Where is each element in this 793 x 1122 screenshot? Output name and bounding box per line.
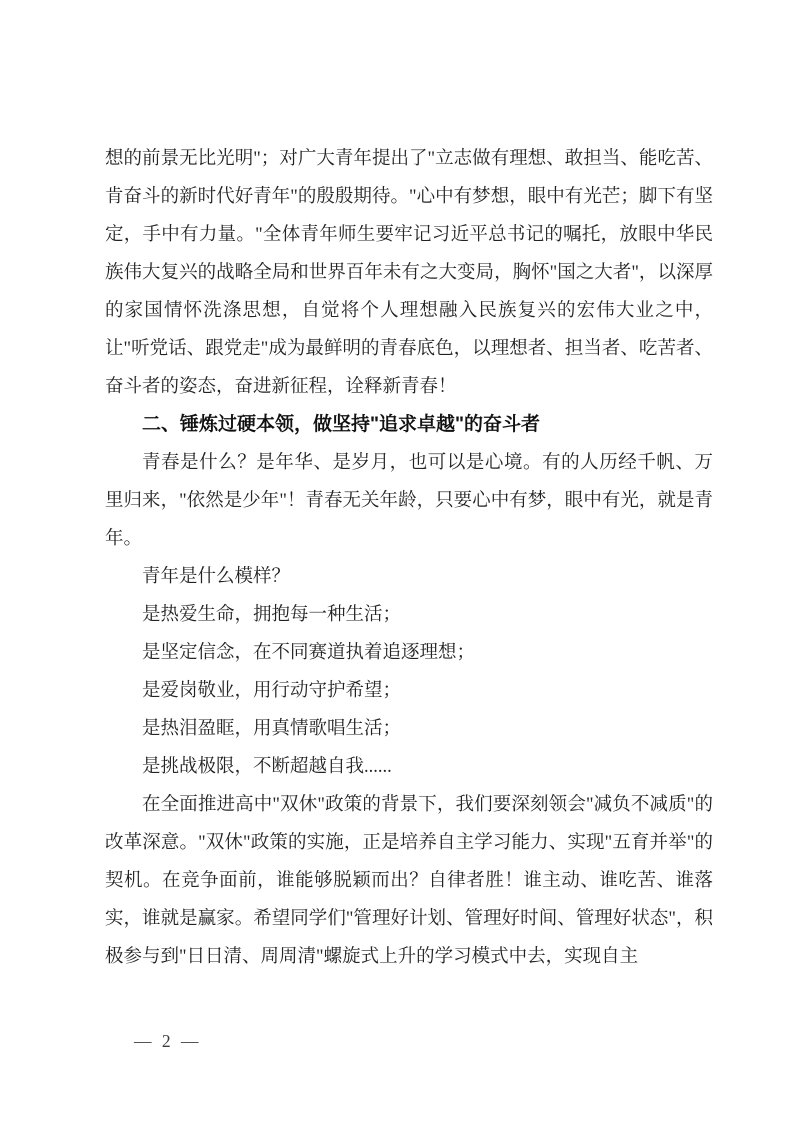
page-number: — 2 —: [134, 1029, 202, 1053]
paragraph: 在全面推进高中"双休"政策的背景下，我们要深刻领会"减负不减质"的改革深意。"双…: [105, 786, 713, 976]
document-page: 想的前景无比光明"；对广大青年提出了"立志做有理想、敢担当、能吃苦、肯奋斗的新时…: [0, 0, 793, 1122]
paragraph: 想的前景无比光明"；对广大青年提出了"立志做有理想、敢担当、能吃苦、肯奋斗的新时…: [105, 140, 713, 406]
paragraph: 是挑战极限，不断超越自我......: [105, 748, 713, 786]
paragraph: 是坚定信念，在不同赛道执着追逐理想；: [105, 634, 713, 672]
paragraph: 是爱岗敬业，用行动守护希望；: [105, 672, 713, 710]
section-heading: 二、锤炼过硬本领，做坚持"追求卓越"的奋斗者: [105, 406, 713, 444]
document-body: 想的前景无比光明"；对广大青年提出了"立志做有理想、敢担当、能吃苦、肯奋斗的新时…: [105, 140, 713, 976]
paragraph: 青年是什么模样？: [105, 558, 713, 596]
paragraph: 是热泪盈眶，用真情歌唱生活；: [105, 710, 713, 748]
paragraph: 青春是什么？是年华、是岁月，也可以是心境。有的人历经千帆、万里归来，"依然是少年…: [105, 444, 713, 558]
paragraph: 是热爱生命，拥抱每一种生活；: [105, 596, 713, 634]
